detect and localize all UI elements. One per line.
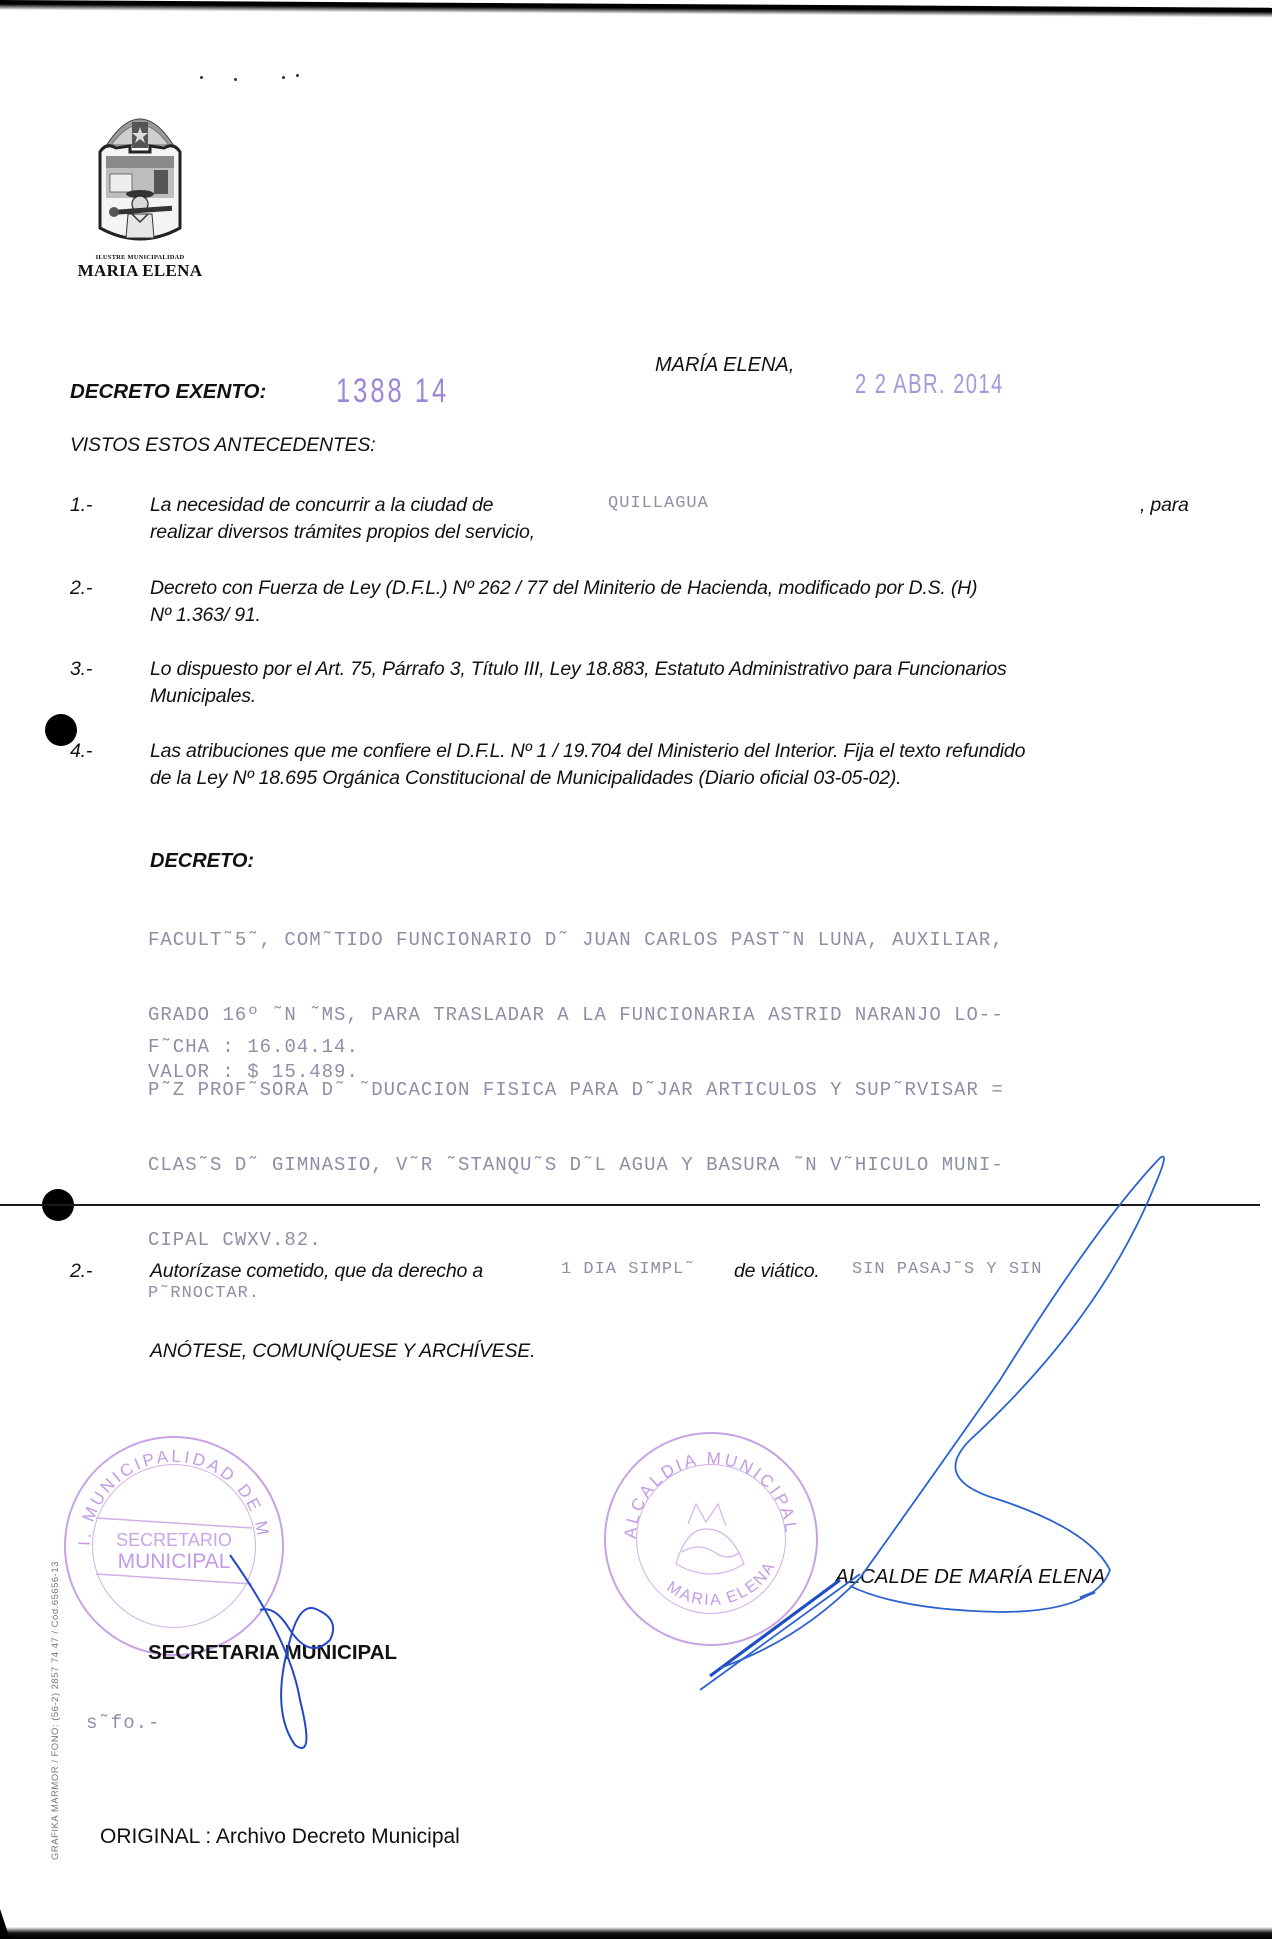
date-stamp: 2 2 ABR. 2014 <box>855 368 1004 400</box>
item-text-mid: de viático. <box>734 1258 820 1285</box>
item-text: Autorízase cometido, que da derecho a <box>150 1258 483 1285</box>
typed-line: CIPAL CWXV.82. <box>148 1228 1228 1253</box>
vistos-heading: VISTOS ESTOS ANTECEDENTES: <box>70 432 375 459</box>
mayor-title: ALCALDE DE MARÍA ELENA <box>835 1565 1105 1589</box>
item-number: 3.- <box>70 656 92 683</box>
decreto-heading: DECRETO: <box>150 850 254 873</box>
typed-line: FACULT˜5˜, COM˜TIDO FUNCIONARIO D˜ JUAN … <box>148 928 1228 953</box>
item-text-line2: de la Ley Nº 18.695 Orgánica Constitucio… <box>150 765 1200 792</box>
svg-text:ALCALDIA MUNICIPAL: ALCALDIA MUNICIPAL <box>621 1449 801 1540</box>
distribution-line: ORIGINAL : Archivo Decreto Municipal <box>100 1825 460 1849</box>
seal-ring-top: ALCALDIA MUNICIPAL <box>621 1449 801 1540</box>
valor-label: VALOR <box>148 1061 210 1083</box>
svg-text:MARIA ELENA: MARIA ELENA <box>664 1558 780 1609</box>
secretary-title: SECRETARIA MUNICIPAL <box>148 1641 397 1665</box>
seal-center-line1: SECRETARIO <box>116 1530 232 1550</box>
section-divider <box>0 1204 1260 1206</box>
valor-value: $ 15.489. <box>247 1061 359 1083</box>
decree-label: DECRETO EXENTO: <box>70 380 266 404</box>
item-number: 1.- <box>70 492 92 519</box>
place-name: MARÍA ELENA, <box>655 354 794 377</box>
item-text-line2: Nº 1.363/ 91. <box>150 602 1200 629</box>
scan-edge-top <box>0 0 1272 18</box>
fecha-value: 16.04.14. <box>247 1036 359 1058</box>
item-text-line2: Municipales. <box>150 683 1200 710</box>
municipal-coat-of-arms-icon <box>92 100 188 250</box>
typed-city: QUILLAGUA <box>608 494 709 513</box>
typed-line: GRADO 16º ˜N ˜MS, PARA TRASLADAR A LA FU… <box>148 1003 1228 1028</box>
scan-corner <box>0 1909 10 1939</box>
valor-row: VALOR : $ 15.489. <box>148 1060 359 1085</box>
typed-tail: SIN PASAJ˜S Y SIN <box>852 1260 1042 1279</box>
closing-formula: ANÓTESE, COMUNÍQUESE Y ARCHÍVESE. <box>150 1338 535 1365</box>
mayor-seal: ALCALDIA MUNICIPAL MARIA ELENA <box>604 1432 818 1646</box>
typed-days: 1 DIA SIMPL˜ <box>561 1260 695 1279</box>
logo-subtitle: ILUSTRE MUNICIPALIDAD <box>70 254 210 261</box>
typed-line: CLAS˜S D˜ GIMNASIO, V˜R ˜STANQU˜S D˜L AG… <box>148 1153 1228 1178</box>
chile-coat-of-arms-icon <box>676 1504 744 1574</box>
seal-ring-bottom: MARIA ELENA <box>664 1558 780 1609</box>
scan-edge-bottom <box>0 1927 1272 1939</box>
item-text: Lo dispuesto por el Art. 75, Párrafo 3, … <box>150 656 1200 683</box>
secretary-seal: I. MUNICIPALIDAD DE MARIA ELENA SECRETAR… <box>64 1436 284 1656</box>
logo-title: MARIA ELENA <box>70 261 210 281</box>
fecha-label: F˜CHA <box>148 1036 210 1058</box>
item-text-line2: realizar diversos trámites propios del s… <box>150 519 535 546</box>
item-number: 4.- <box>70 738 92 765</box>
typed-line2: P˜RNOCTAR. <box>148 1284 260 1303</box>
decree-number-stamp: 1388 14 <box>336 372 449 411</box>
item-number: 2.- <box>70 1258 92 1285</box>
seal-center-line2: MUNICIPAL <box>118 1550 231 1573</box>
item-text: La necesidad de concurrir a la ciudad de <box>150 492 493 519</box>
author-initials: s˜fo.- <box>86 1712 160 1734</box>
municipality-logo: ILUSTRE MUNICIPALIDAD MARIA ELENA <box>70 100 210 281</box>
item-number: 2.- <box>70 575 92 602</box>
scan-specks <box>200 74 310 80</box>
item-text-tail: , para <box>1140 492 1189 519</box>
item-text: Decreto con Fuerza de Ley (D.F.L.) Nº 26… <box>150 575 1200 602</box>
item-text: Las atribuciones que me confiere el D.F.… <box>150 738 1200 765</box>
printer-imprint: GRAFIKA MARMOR / FONO: (56-2) 2857 74 47… <box>50 1561 61 1860</box>
fecha-row: F˜CHA : 16.04.14. <box>148 1035 359 1060</box>
